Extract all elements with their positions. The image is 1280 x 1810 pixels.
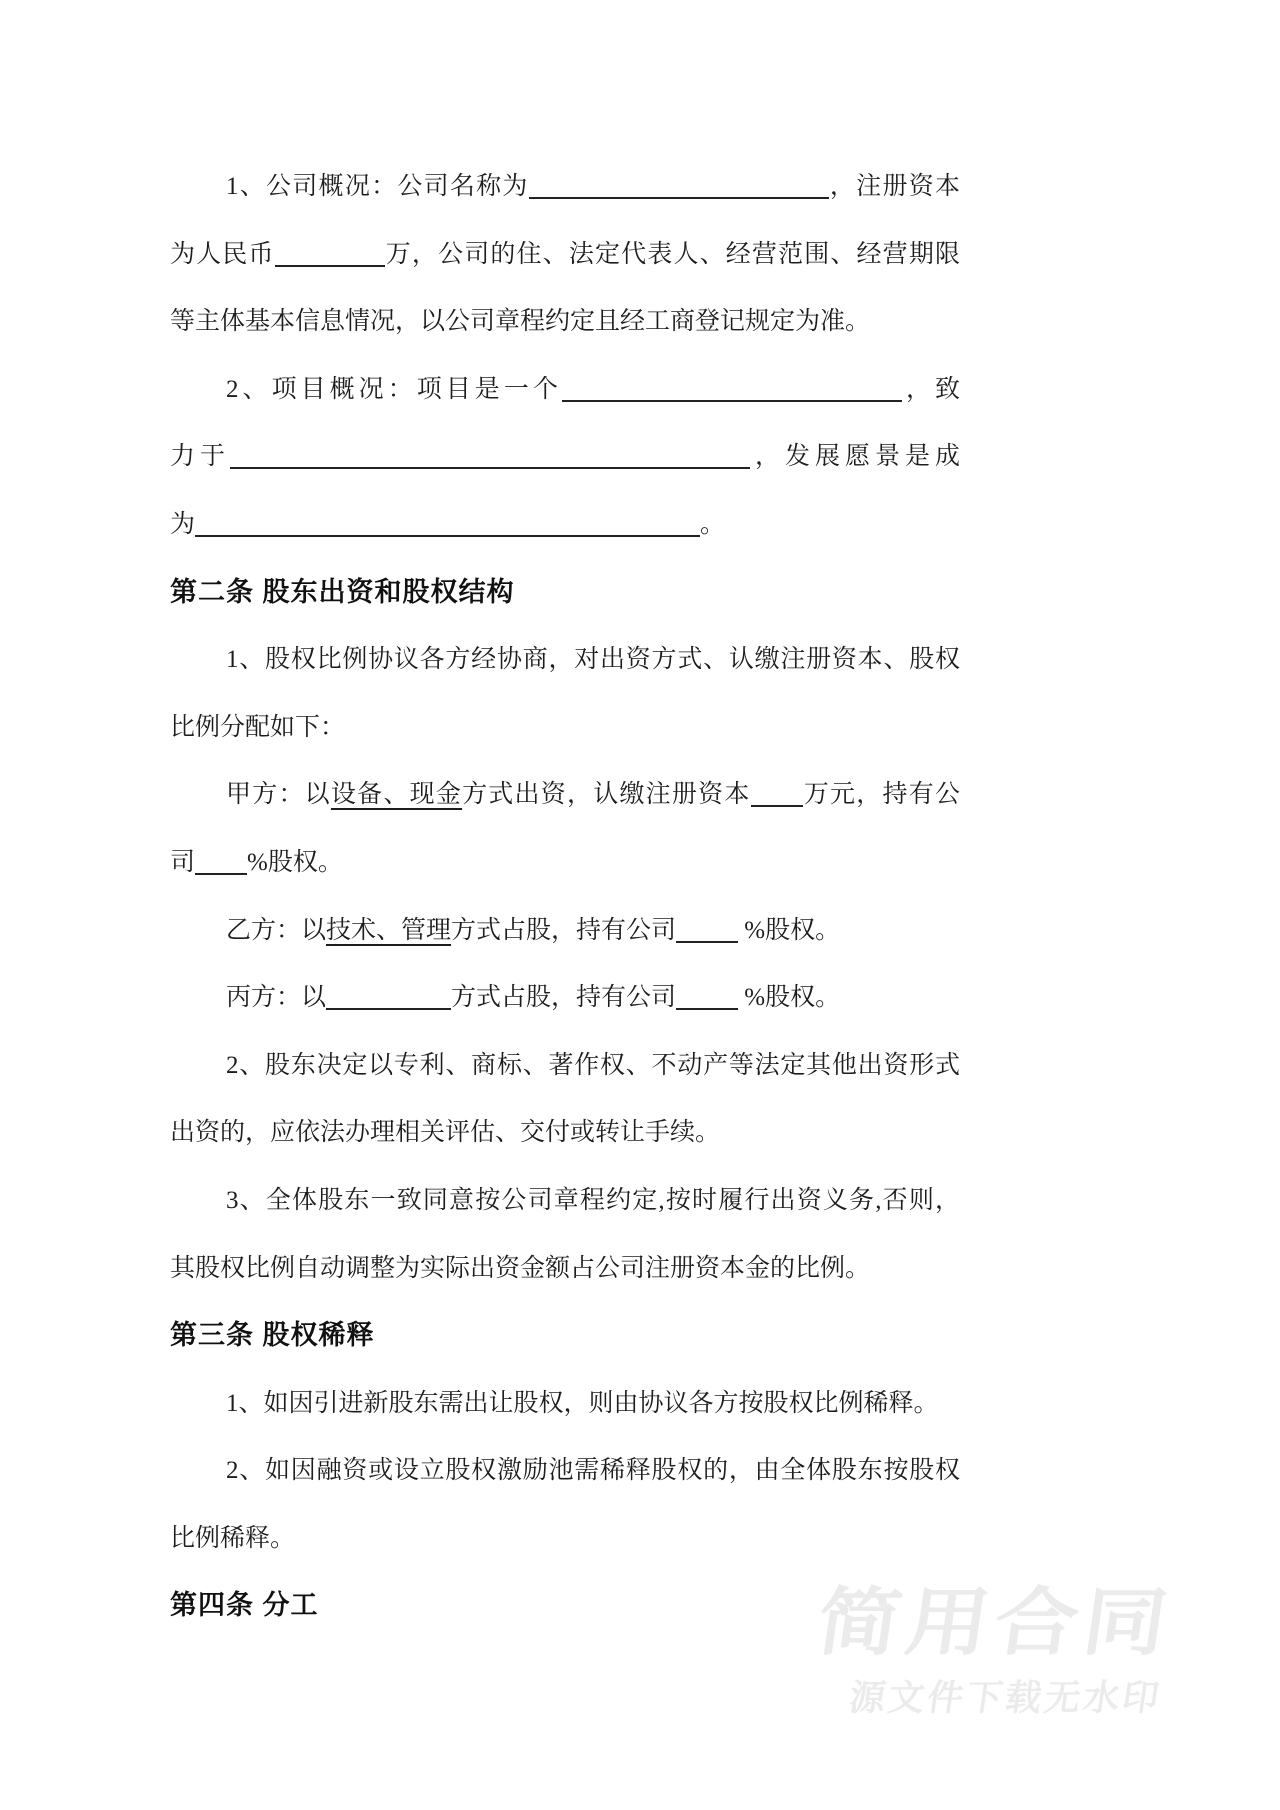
doc-line: 乙方：以技术、管理方式占股，持有公司 %股权。: [170, 897, 960, 965]
section-heading: 第二条 股东出资和股权结构: [170, 559, 960, 627]
doc-line: 3、全体股东一致同意按公司章程约定,按时履行出资义务,否则，: [170, 1167, 960, 1235]
blank-field: [195, 848, 247, 875]
paragraph: 2、如因融资或设立股权激励池需稀释股权的，由全体股东按股权比例稀释。: [170, 1437, 960, 1572]
blank-field: [751, 780, 803, 807]
doc-line: 丙方：以方式占股，持有公司 %股权。: [170, 964, 960, 1032]
doc-line: 1、公司概况：公司名称为，注册资本: [170, 153, 960, 221]
paragraph: 乙方：以技术、管理方式占股，持有公司 %股权。: [170, 897, 960, 965]
doc-line: 比例分配如下：: [170, 694, 960, 762]
doc-line: 为人民币万，公司的住、法定代表人、经营范围、经营期限: [170, 221, 960, 289]
doc-line: 2、如因融资或设立股权激励池需稀释股权的，由全体股东按股权: [170, 1437, 960, 1505]
doc-line: 司%股权。: [170, 829, 960, 897]
doc-line: 力于，发展愿景是成: [170, 423, 960, 491]
paragraph: 1、如因引进新股东需出让股权，则由协议各方按股权比例稀释。: [170, 1370, 960, 1438]
doc-line: 出资的，应依法办理相关评估、交付或转让手续。: [170, 1099, 960, 1167]
doc-line: 等主体基本信息情况，以公司章程约定且经工商登记规定为准。: [170, 288, 960, 356]
blank-field: [275, 240, 385, 267]
underlined-text: 设备、现金: [331, 781, 462, 808]
blank-field: [195, 510, 700, 537]
doc-line: 其股权比例自动调整为实际出资金额占公司注册资本金的比例。: [170, 1235, 960, 1303]
paragraph: 1、股权比例协议各方经协商，对出资方式、认缴注册资本、股权比例分配如下：: [170, 626, 960, 761]
blank-field: [230, 442, 750, 469]
document-body: 1、公司概况：公司名称为，注册资本为人民币万，公司的住、法定代表人、经营范围、经…: [170, 153, 960, 1640]
doc-line: 甲方：以设备、现金方式出资，认缴注册资本万元，持有公: [170, 761, 960, 829]
paragraph: 2、项目概况：项目是一个，致力于，发展愿景是成为。: [170, 356, 960, 559]
blank-field: [562, 375, 902, 402]
doc-line: 比例稀释。: [170, 1505, 960, 1573]
doc-line: 1、股权比例协议各方经协商，对出资方式、认缴注册资本、股权: [170, 626, 960, 694]
paragraph: 甲方：以设备、现金方式出资，认缴注册资本万元，持有公司%股权。: [170, 761, 960, 896]
section-heading: 第四条 分工: [170, 1572, 960, 1640]
doc-line: 1、如因引进新股东需出让股权，则由协议各方按股权比例稀释。: [170, 1370, 960, 1438]
paragraph: 1、公司概况：公司名称为，注册资本为人民币万，公司的住、法定代表人、经营范围、经…: [170, 153, 960, 356]
paragraph: 丙方：以方式占股，持有公司 %股权。: [170, 964, 960, 1032]
blank-field: [326, 983, 451, 1010]
watermark-subtitle: 源文件下载无水印: [843, 1680, 1164, 1716]
doc-line: 为。: [170, 491, 960, 559]
underlined-text: 技术、管理: [326, 917, 451, 944]
section-heading: 第三条 股权稀释: [170, 1302, 960, 1370]
blank-field: [529, 172, 829, 199]
doc-line: 2、项目概况：项目是一个，致: [170, 356, 960, 424]
paragraph: 2、股东决定以专利、商标、著作权、不动产等法定其他出资形式出资的，应依法办理相关…: [170, 1032, 960, 1167]
blank-field: [676, 916, 738, 943]
blank-field: [676, 983, 738, 1010]
doc-line: 2、股东决定以专利、商标、著作权、不动产等法定其他出资形式: [170, 1032, 960, 1100]
paragraph: 3、全体股东一致同意按公司章程约定,按时履行出资义务,否则，其股权比例自动调整为…: [170, 1167, 960, 1302]
